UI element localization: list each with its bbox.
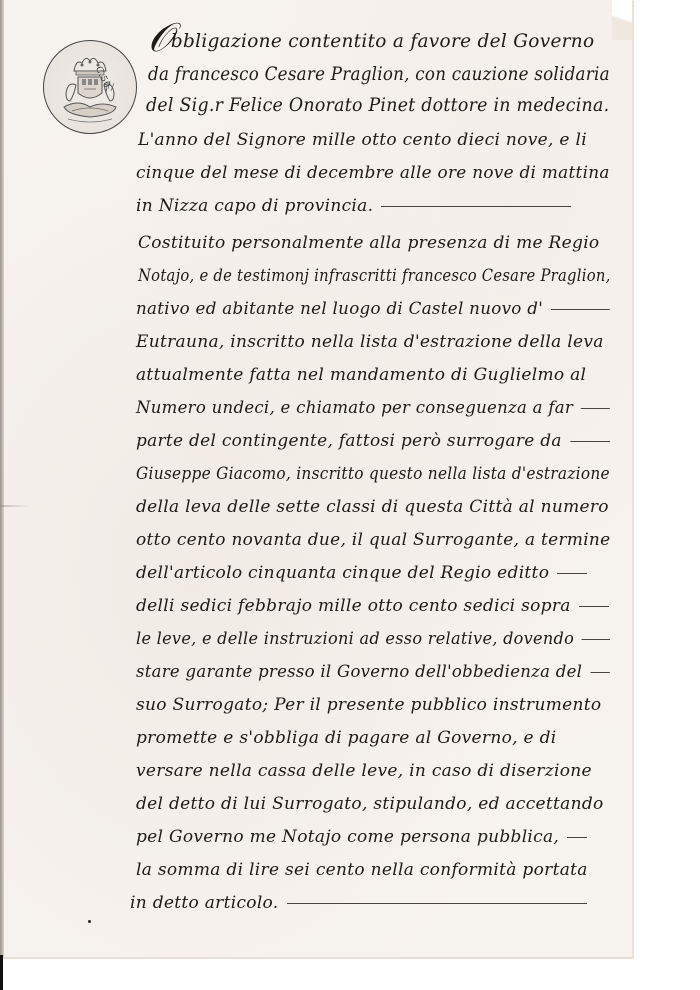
scan-edge-artifact (0, 955, 3, 990)
body-line-14: dell'articolo cinquanta cinque del Regio… (136, 563, 587, 583)
body-line-24-text: in detto articolo. (130, 893, 279, 913)
line-filler-dash (582, 639, 610, 640)
body-line-2: cinque del mese di decembre alle ore nov… (136, 163, 610, 183)
body-line-3-text: in Nizza capo di provincia. (136, 196, 373, 216)
line-filler-dash (567, 837, 587, 838)
body-line-19: promette e s'obbliga di pagare al Govern… (136, 728, 557, 748)
line-filler-dash (579, 606, 609, 607)
body-line-4: Costituito personalmente alla presenza d… (138, 233, 599, 253)
body-line-5: Notajo, e de testimonj infrascritti fran… (138, 266, 611, 286)
body-line-22: pel Governo me Notajo come persona pubbl… (136, 827, 587, 847)
title-text-1: bbligazione contentito a favore del Gove… (171, 30, 595, 52)
line-filler-dash (287, 903, 587, 904)
title-line-3: del Sig.r Felice Onorato Pinet dottore i… (146, 94, 609, 116)
line-filler-dash (590, 672, 609, 673)
body-line-9: Numero undeci, e chiamato per conseguenz… (136, 398, 610, 418)
body-line-23: la somma di lire sei cento nella conform… (136, 860, 588, 880)
line-filler-dash (557, 573, 587, 574)
body-line-16-text: le leve, e delle instruzioni ad esso rel… (136, 629, 574, 649)
body-line-6: nativo ed abitante nel luogo di Castel n… (136, 299, 610, 319)
body-line-17: stare garante presso il Governo dell'obb… (136, 662, 609, 682)
body-line-18: suo Surrogato; Per il presente pubblico … (136, 695, 601, 715)
line-filler-dash (570, 441, 610, 442)
body-line-16: le leve, e delle instruzioni ad esso rel… (136, 629, 610, 649)
line-filler-dash (581, 408, 610, 409)
body-line-15: delli sedici febbrajo mille otto cento s… (136, 596, 609, 616)
body-line-8: attualmente fatta nel mandamento di Gugl… (136, 365, 586, 385)
body-line-24: in detto articolo. (130, 893, 587, 913)
body-line-1: L'anno del Signore mille otto cento diec… (138, 130, 587, 150)
title-line-1: 𝒪bbligazione contentito a favore del Gov… (148, 30, 594, 52)
body-line-7: Eutrauna, inscritto nella lista d'estraz… (136, 332, 604, 352)
body-line-11: Giuseppe Giacomo, inscritto questo nella… (136, 464, 610, 484)
line-filler-dash (551, 309, 610, 310)
body-line-9-text: Numero undeci, e chiamato per conseguenz… (136, 398, 573, 418)
document-text: 𝒪bbligazione contentito a favore del Gov… (0, 0, 632, 957)
document-paper: C.50. 𝒪bbligazione contentito a favore d… (0, 0, 633, 958)
body-line-6-text: nativo ed abitante nel luogo di Castel n… (136, 299, 543, 319)
title-line-2: da francesco Cesare Praglion, con cauzio… (148, 63, 610, 85)
body-line-20: versare nella cassa delle leve, in caso … (136, 761, 592, 781)
body-line-21: del detto di lui Surrogato, stipulando, … (136, 794, 604, 814)
body-line-12: della leva delle sette classi di questa … (136, 497, 609, 517)
body-line-10: parte del contingente, fattosi però surr… (136, 431, 610, 451)
line-filler-dash (381, 206, 571, 207)
body-line-15-text: delli sedici febbrajo mille otto cento s… (136, 596, 571, 616)
ink-dot (88, 920, 91, 923)
body-line-10-text: parte del contingente, fattosi però surr… (136, 431, 562, 451)
body-line-22-text: pel Governo me Notajo come persona pubbl… (136, 827, 559, 847)
body-line-13: otto cento novanta due, il qual Surrogan… (136, 530, 610, 550)
body-line-14-text: dell'articolo cinquanta cinque del Regio… (136, 563, 549, 583)
body-line-3: in Nizza capo di provincia. (136, 196, 571, 216)
decorative-initial: 𝒪 (148, 15, 173, 61)
body-line-17-text: stare garante presso il Governo dell'obb… (136, 662, 582, 682)
